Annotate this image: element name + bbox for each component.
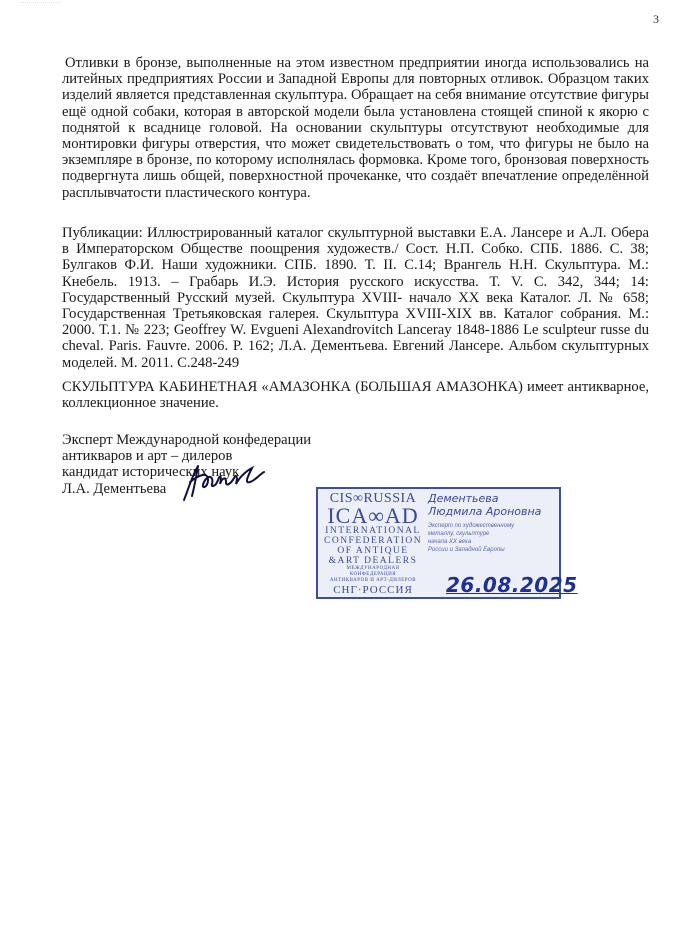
description-paragraph: Отливки в бронзе, выполненные на этом из… [62, 55, 649, 201]
stamp-date: 26.08.2025 [446, 573, 578, 597]
expert-stamp: CIS∞RUSSIA ICA∞AD INTERNATIONAL CONFEDER… [316, 487, 561, 599]
publications-paragraph: Публикации: Иллюстрированный каталог ску… [62, 225, 649, 371]
page-number: 3 [653, 12, 659, 27]
stamp-surname: Дементьева [428, 492, 558, 505]
stamp-specialization: Эксперт по художественному металлу, скул… [428, 522, 558, 554]
expert-title: Эксперт Международной конфедерации [62, 432, 311, 448]
scan-artifact [20, 2, 60, 7]
stamp-organization-logo: CIS∞RUSSIA ICA∞AD INTERNATIONAL CONFEDER… [324, 491, 422, 596]
stamp-given-name: Людмила Ароновна [428, 505, 558, 518]
handwritten-signature-icon [178, 462, 268, 502]
conclusion-paragraph: СКУЛЬПТУРА КАБИНЕТНАЯ «АМАЗОНКА (БОЛЬШАЯ… [62, 379, 649, 411]
stamp-holder-info: Дементьева Людмила Ароновна Эксперт по х… [428, 492, 558, 554]
